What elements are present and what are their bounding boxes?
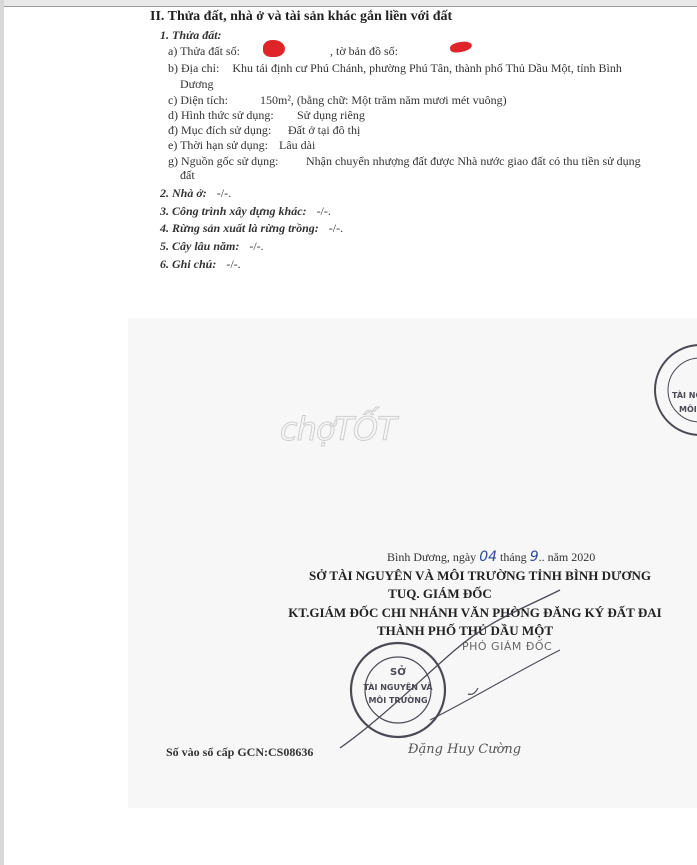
side-seal-line2: MÔI (679, 403, 697, 414)
seal-center-1: SỞ (390, 664, 406, 678)
seal-center-2: TÀI NGUYÊN VÀ (363, 681, 433, 692)
signature-tick (468, 688, 478, 694)
side-seal-line1: TÀI NG (672, 389, 697, 400)
side-seal: TÀI NG MÔI (655, 345, 697, 435)
seal-center-3: MÔI TRƯỜNG (368, 694, 427, 705)
signature-stroke-2 (430, 650, 560, 720)
registry-number: Số vào sổ cấp GCN:CS08636 (166, 745, 313, 760)
official-seal: SỞ TÀI NGUYÊN VÀ MÔI TRƯỜNG (351, 643, 445, 737)
seal-and-signature-layer: SỞ TÀI NGUYÊN VÀ MÔI TRƯỜNG TÀI NG MÔI (0, 0, 697, 865)
signer-name: Đặng Huy Cường (408, 742, 521, 757)
